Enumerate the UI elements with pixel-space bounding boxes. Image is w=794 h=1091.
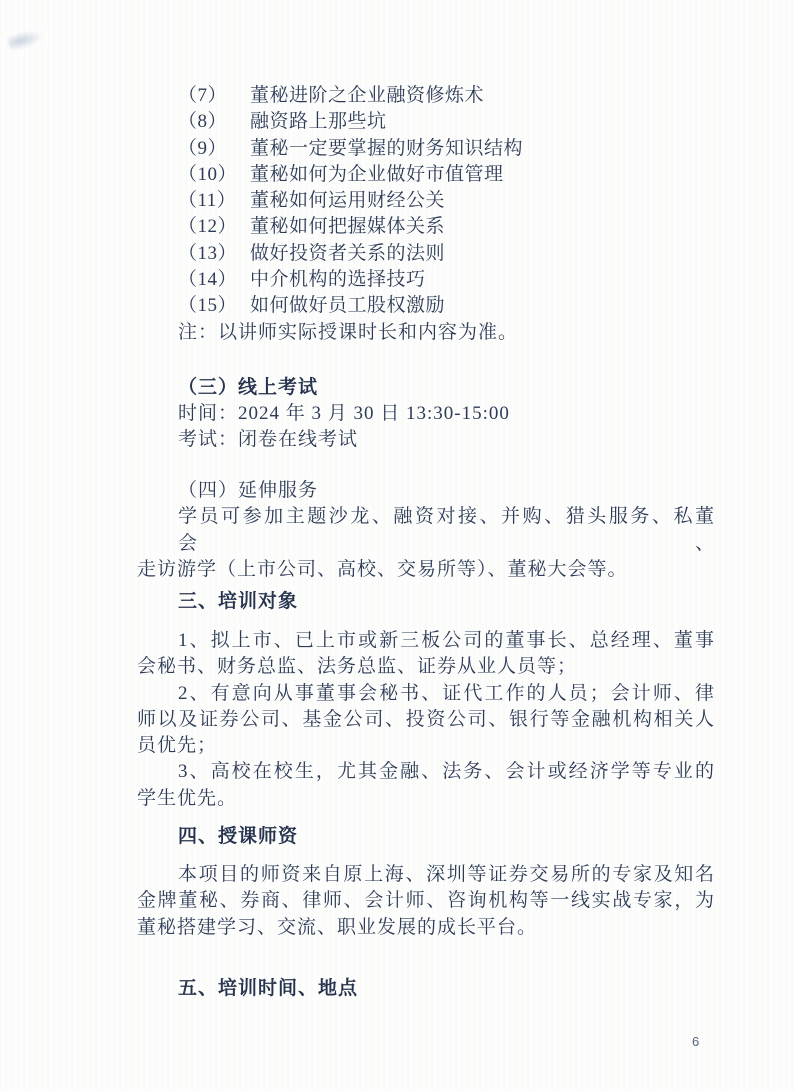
item-title: 董秘如何为企业做好市值管理 [250,162,715,188]
audience-section-body: 1、拟上市、已上市或新三板公司的董事长、总经理、董事 会秘书、财务总监、法务总监… [137,628,715,812]
exam-time-line: 时间：2024 年 3 月 30 日 13:30-15:00 [137,401,715,427]
item-number: （10） [178,162,250,188]
paragraph-line: 员优先； [137,733,715,759]
item-title: 融资路上那些坑 [250,109,715,135]
exam-type-line: 考试：闭卷在线考试 [137,427,715,453]
list-item: （8） 融资路上那些坑 [137,109,715,135]
paragraph-line: 1、拟上市、已上市或新三板公司的董事长、总经理、董事 [137,628,715,654]
list-item: （14） 中介机构的选择技巧 [137,267,715,293]
faculty-section-body: 本项目的师资来自原上海、深圳等证券交易所的专家及知名 金牌董秘、券商、律师、会计… [137,862,715,941]
note-line: 注：以讲师实际授课时长和内容为准。 [137,320,715,346]
paragraph-line: 2、有意向从事董事会秘书、证代工作的人员；会计师、律 [137,681,715,707]
item-title: 董秘如何运用财经公关 [250,188,715,214]
faculty-section-heading-block: 四、授课师资 [137,823,715,850]
paragraph-line: 走访游学（上市公司、高校、交易所等）、董秘大会等。 [137,557,715,583]
paragraph-line: 学生优先。 [137,786,715,812]
list-item: （9） 董秘一定要掌握的财务知识结构 [137,136,715,162]
item-title: 董秘如何把握媒体关系 [250,214,715,240]
exam-section-heading: （三）线上考试 [137,374,715,401]
item-number: （7） [178,83,250,109]
extended-section-heading: （四）延伸服务 [137,478,715,504]
list-item: （13） 做好投资者关系的法则 [137,241,715,267]
paragraph-line: 学员可参加主题沙龙、融资对接、并购、猎头服务、私董会、 [137,504,715,557]
paragraph-line: 师以及证券公司、基金公司、投资公司、银行等金融机构相关人 [137,707,715,733]
list-item: （10） 董秘如何为企业做好市值管理 [137,162,715,188]
item-title: 中介机构的选择技巧 [250,267,715,293]
audience-section-heading-block: 三、培训对象 [137,588,715,615]
item-number: （14） [178,267,250,293]
item-number: （12） [178,214,250,240]
list-item: （15） 如何做好员工股权激励 [137,293,715,319]
page-number: 6 [692,1034,699,1049]
item-title: 如何做好员工股权激励 [250,293,715,319]
item-title: 董秘一定要掌握的财务知识结构 [250,136,715,162]
curriculum-list: （7） 董秘进阶之企业融资修炼术 （8） 融资路上那些坑 （9） 董秘一定要掌握… [137,83,715,346]
item-number: （11） [178,188,250,214]
audience-section-heading: 三、培训对象 [137,588,715,615]
item-number: （13） [178,241,250,267]
item-number: （8） [178,109,250,135]
scanned-document-page: （7） 董秘进阶之企业融资修炼术 （8） 融资路上那些坑 （9） 董秘一定要掌握… [0,0,794,1091]
list-item: （12） 董秘如何把握媒体关系 [137,214,715,240]
paragraph-line: 董秘搭建学习、交流、职业发展的成长平台。 [137,915,715,941]
paragraph-line: 金牌董秘、券商、律师、会计师、咨询机构等一线实战专家，为 [137,888,715,914]
paragraph-line: 会秘书、财务总监、法务总监、证券从业人员等； [137,654,715,680]
paragraph-line: 本项目的师资来自原上海、深圳等证券交易所的专家及知名 [137,862,715,888]
faculty-section-heading: 四、授课师资 [137,823,715,850]
schedule-section-heading-block: 五、培训时间、地点 [137,975,715,1002]
scan-smudge-artifact [6,27,45,52]
item-title: 做好投资者关系的法则 [250,241,715,267]
exam-section: （三）线上考试 时间：2024 年 3 月 30 日 13:30-15:00 考… [137,374,715,454]
item-title: 董秘进阶之企业融资修炼术 [250,83,715,109]
paragraph-line: 3、高校在校生，尤其金融、法务、会计或经济学等专业的 [137,759,715,785]
list-item: （11） 董秘如何运用财经公关 [137,188,715,214]
list-item: （7） 董秘进阶之企业融资修炼术 [137,83,715,109]
item-number: （15） [178,293,250,319]
schedule-section-heading: 五、培训时间、地点 [137,975,715,1002]
item-number: （9） [178,136,250,162]
extended-services-section: （四）延伸服务 学员可参加主题沙龙、融资对接、并购、猎头服务、私董会、 走访游学… [137,478,715,583]
